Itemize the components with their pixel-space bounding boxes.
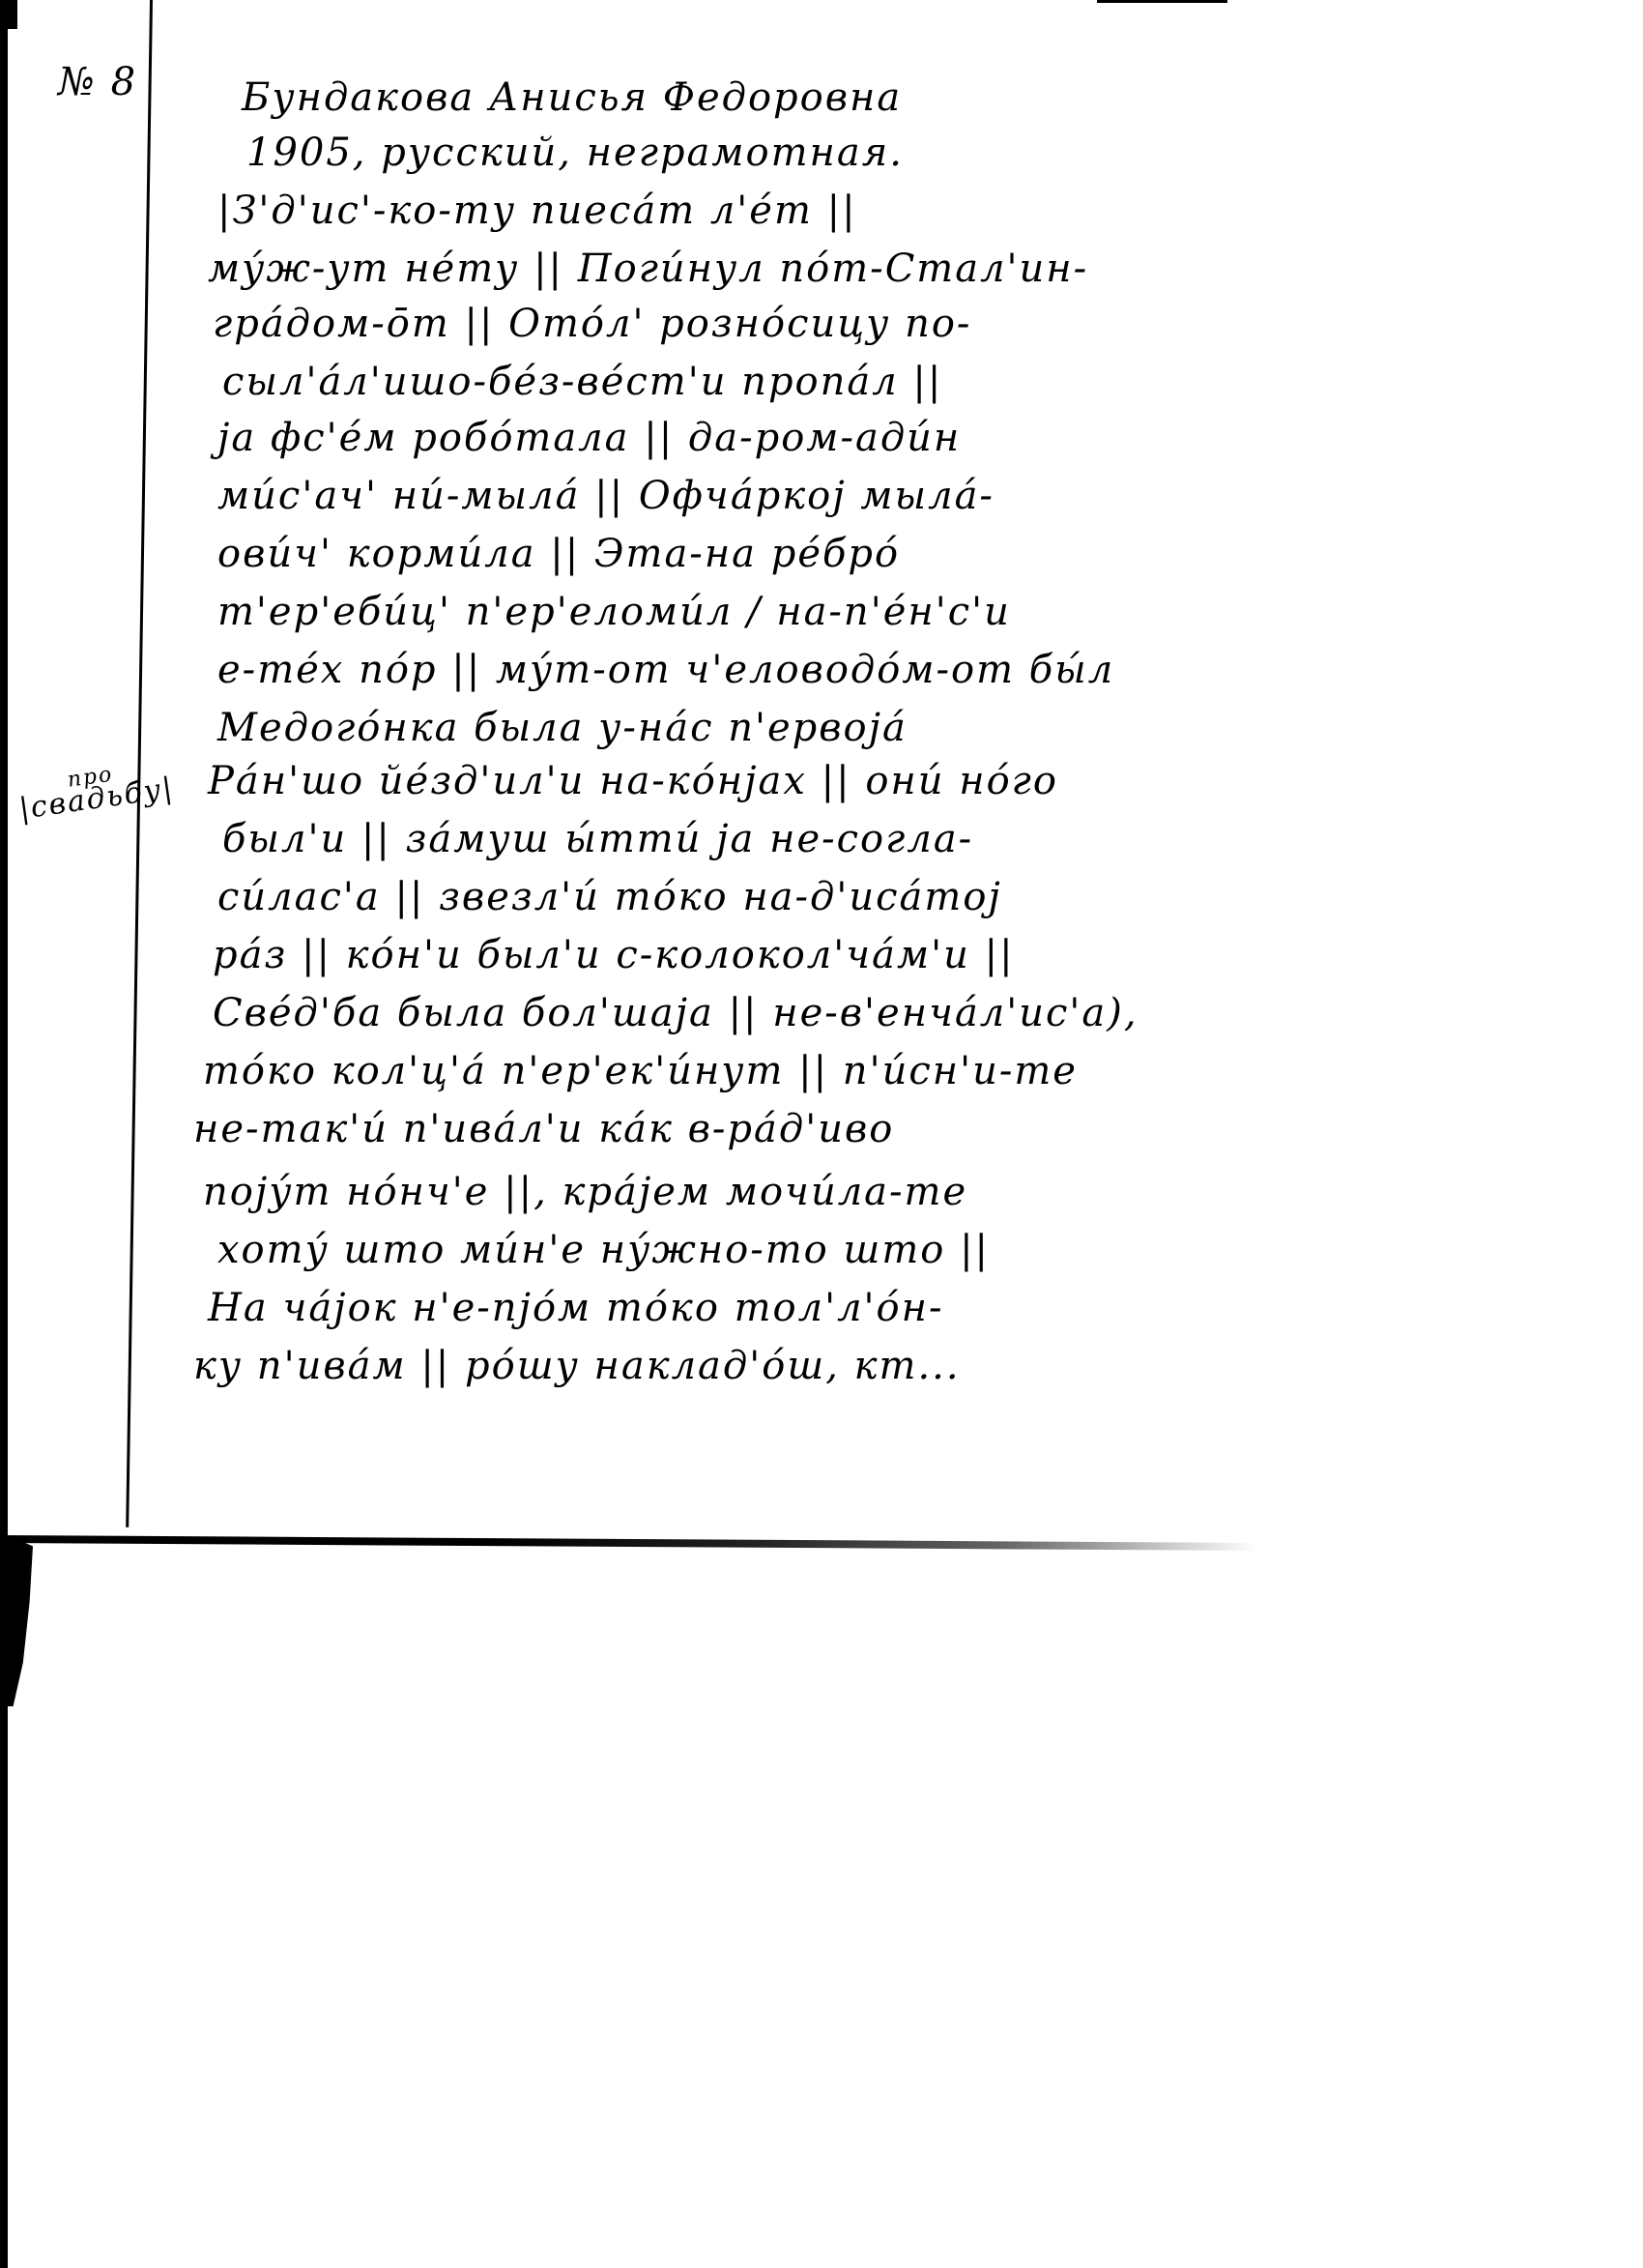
margin-rule-line: [126, 0, 153, 1527]
scan-left-edge-shadow: [0, 0, 8, 2268]
text-line: Ра́н'шо йе́зд'ил'и на-ко́нјах || они́ но…: [208, 759, 1058, 803]
text-line: си́лас'а || звезл'и́ то́ко на-д'иса́тој: [217, 875, 1002, 919]
text-line: хоту́ што ми́н'е ну́жно-то што ||: [217, 1228, 990, 1272]
text-line: Бундакова Анисья Федоровна: [242, 75, 902, 120]
text-line: ми́с'ач' ни́-мыла́ || Офча́ркој мыла́-: [217, 474, 994, 518]
text-line: ови́ч' корми́ла || Эта-на ре́бро́: [217, 532, 900, 576]
scan-page-corner-shadow: [0, 1532, 33, 1706]
top-rule-line: [1097, 0, 1227, 3]
record-number: № 8: [58, 60, 137, 104]
text-line: ра́з || ко́н'и был'и с-колокол'ча́м'и ||: [213, 933, 1015, 977]
text-line: ја фс'е́м робо́тала || да-ром-ади́н: [217, 416, 961, 460]
scan-corner-artifact: [0, 0, 17, 29]
text-line: е-те́х по́р || му́т-от ч'еловодо́м-от бы…: [217, 648, 1114, 692]
text-line: сыл'а́л'ишо-бе́з-ве́ст'и пропа́л ||: [222, 360, 942, 404]
text-line: не-так'и́ п'ива́л'и ка́к в-ра́д'иво: [193, 1107, 894, 1151]
text-line: Медого́нка была у-на́с п'ервоја́: [217, 706, 908, 750]
text-line: поју́т но́нч'е ||, кра́јем мочи́ла-те: [203, 1170, 967, 1214]
text-line: Све́д'ба была бол'шаја || не-в'енча́л'ис…: [213, 991, 1139, 1035]
text-line: то́ко кол'ц'а́ п'ер'ек'и́нут || п'и́сн'и…: [203, 1049, 1078, 1093]
text-line: был'и || за́муш ы́тти́ ја не-согла-: [222, 817, 973, 861]
text-line: На ча́јок н'е-пјо́м то́ко тол'л'о́н-: [208, 1286, 944, 1330]
text-line: 1905, русский, неграмотная.: [246, 131, 904, 175]
text-line: т'ер'еби́ц' п'ер'еломи́л / на-п'е́н'с'и: [217, 590, 1011, 634]
scanned-page: № 8 про |свадьбу| Бундакова Анисья Федор…: [0, 0, 1643, 2268]
text-line: гра́дом-о̄т || Ото́л' розно́сицу по-: [213, 302, 971, 346]
text-line: |З'д'ис'-кo-ту пиеса́т л'е́т ||: [217, 189, 857, 233]
text-line: му́ж-ут не́ту || Поги́нул по́т-Стал'ин-: [208, 247, 1088, 291]
text-line: ку п'ива́м || ро́шу наклад'о́ш, кт...: [193, 1344, 961, 1388]
page-bottom-edge: [0, 1535, 1256, 1551]
